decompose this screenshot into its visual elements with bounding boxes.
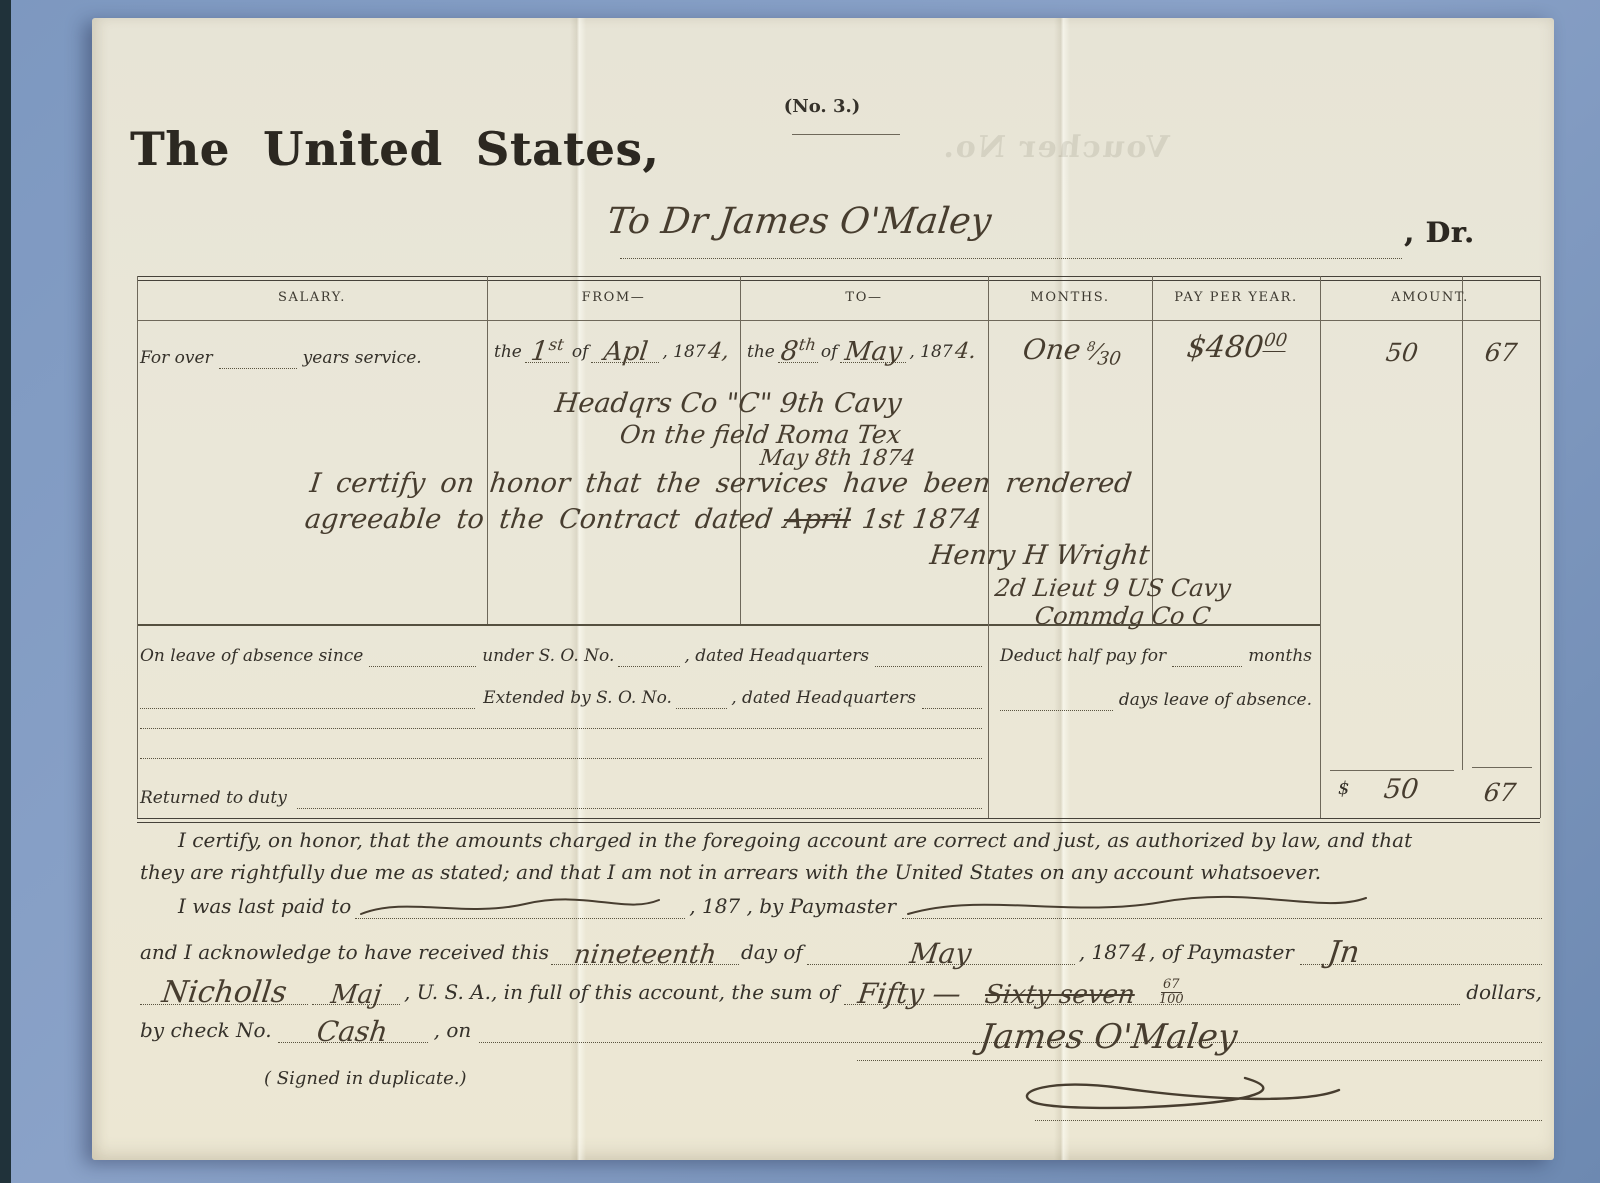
leave-line1-label3: , dated Headquarters xyxy=(684,646,869,667)
officer-rank: 2d Lieut 9 US Cavy xyxy=(994,576,1233,600)
leave-line1-label2: under S. O. No. xyxy=(482,646,614,667)
from-of: of xyxy=(572,342,589,363)
received-month-blank: May xyxy=(807,936,1075,965)
amount-cents-cell: 67 xyxy=(1470,340,1531,365)
leave-line1-blank3 xyxy=(875,666,982,667)
page-title: The United States, xyxy=(130,122,659,176)
dollars-label: dollars, xyxy=(1466,980,1542,1005)
col-header-salary: SALARY. xyxy=(137,290,487,305)
officer-command: Commdg Co C xyxy=(1034,604,1212,628)
squiggle-mark-icon xyxy=(902,888,1372,922)
received-paymaster-blank: Jn xyxy=(1300,934,1542,965)
divider-amount-cents xyxy=(1462,276,1463,770)
total-dollars: 50 xyxy=(1382,776,1420,803)
dr-label: , Dr. xyxy=(1404,216,1475,249)
form-number-rule xyxy=(792,134,900,135)
total-dollar-sign: $ xyxy=(1338,778,1349,799)
photo-of-document: { "colors": { "bg-blue": "#7d98c0", "bg-… xyxy=(0,0,1600,1183)
to-day-hw: 8 xyxy=(779,336,800,367)
received-dayof-label: day of xyxy=(741,940,803,965)
deduct-label1: Deduct half pay for xyxy=(1000,646,1166,667)
deduct-label2: months xyxy=(1248,646,1312,667)
divider-salary-from xyxy=(487,276,488,624)
sum-word-hw: Fifty — xyxy=(843,980,963,1008)
leave-fill-line1 xyxy=(140,728,982,729)
received-line: and I acknowledge to have received this … xyxy=(140,934,1542,965)
deduct-blank2 xyxy=(1000,710,1113,711)
salary-prefix: For over xyxy=(140,348,213,369)
returned-blank xyxy=(297,808,982,809)
last-paid-label: I was last paid to xyxy=(178,894,351,919)
months-frac-den: 30 xyxy=(1096,348,1122,369)
to-day-blank: 8th xyxy=(778,334,818,363)
check-label: by check No. xyxy=(140,1018,272,1043)
hw-note-field: On the field Roma Tex xyxy=(618,422,902,447)
from-day-hw: 1 xyxy=(529,336,550,367)
from-month-hw: Apl xyxy=(602,339,649,365)
table-header-rule xyxy=(137,320,1540,321)
returned-label: Returned to duty xyxy=(140,788,287,809)
signed-duplicate-note: ( Signed in duplicate.) xyxy=(264,1068,467,1089)
amount-dollars-cell: 50 xyxy=(1360,340,1443,365)
document-paper: Voucher No. (No. 3.) The United States, … xyxy=(92,18,1554,1160)
photo-edge-dark-strip xyxy=(0,0,11,1183)
months-frac-num: 8 xyxy=(1086,340,1096,355)
table-top-rule xyxy=(137,276,1540,281)
payee-line xyxy=(620,222,1402,259)
last-paid-mid-label: , 187 , by Paymaster xyxy=(689,894,896,919)
to-month-blank: May xyxy=(840,336,906,363)
received-label: and I acknowledge to have received this xyxy=(140,940,549,965)
paymaster-name-hw: Nicholls xyxy=(160,978,288,1008)
hw-note-date: May 8th 1874 xyxy=(759,448,917,470)
to-year-printed: , 187 xyxy=(909,342,952,363)
to-cell: the 8th of May , 187 4. xyxy=(747,334,985,363)
from-the: the xyxy=(494,342,522,363)
leave-line1-label1: On leave of absence since xyxy=(140,646,363,667)
paymaster-blank xyxy=(902,918,1542,919)
received-day-blank: nineteenth xyxy=(551,938,739,965)
check-on-label: , on xyxy=(434,1018,472,1043)
received-year-label: , 187 xyxy=(1079,940,1130,965)
col-header-to: TO— xyxy=(740,290,988,305)
certify-paragraph-line1: I certify, on honor, that the amounts ch… xyxy=(140,828,1542,852)
hw-certify-line2: agreeable to the Contract dated April 1s… xyxy=(305,506,981,533)
to-year-hw: 4. xyxy=(953,341,977,363)
table-bottom-rule xyxy=(137,818,1540,823)
deduct-line2: days leave of absence. xyxy=(1000,690,1312,711)
from-month-blank: Apl xyxy=(591,336,659,363)
check-number-blank: Cash xyxy=(278,1014,428,1043)
signature-line2 xyxy=(1035,1102,1542,1121)
divider-months-pay xyxy=(1152,276,1153,624)
table-border-right xyxy=(1540,276,1541,818)
months-word-hw: One xyxy=(1021,336,1082,364)
months-cell: One 8⁄30 xyxy=(994,336,1150,369)
deduct-line1: Deduct half pay for months xyxy=(1000,646,1312,667)
to-month-hw: May xyxy=(843,339,903,365)
paymaster-rank-blank: Maj xyxy=(312,978,400,1005)
hw-certify-line2-pre: agreeable to the Contract dated xyxy=(303,506,774,533)
pay-cents-hw: 00 xyxy=(1263,330,1289,352)
sum-fraction-den: 100 xyxy=(1159,993,1184,1006)
squiggle-mark-icon xyxy=(355,892,665,922)
pay-per-year-cell: $48000 xyxy=(1158,332,1316,363)
hw-certify-line1: I certify on honor that the services hav… xyxy=(308,470,1133,497)
total-line-cents xyxy=(1472,767,1532,768)
received-month-hw: May xyxy=(908,940,973,968)
total-line-dollars xyxy=(1330,770,1454,771)
returned-line: Returned to duty xyxy=(140,788,982,809)
signature-line xyxy=(857,1032,1542,1061)
deduct-label3: days leave of absence. xyxy=(1119,690,1312,711)
table-border-left xyxy=(137,276,138,818)
hw-certify-struck-word: April xyxy=(782,506,852,533)
received-year-hw: 4 xyxy=(1130,941,1148,965)
leave-line2-blank3 xyxy=(922,708,982,709)
received-day-hw: nineteenth xyxy=(572,942,718,968)
leave-line1-blank1 xyxy=(369,666,476,667)
to-day-suffix: th xyxy=(798,335,817,354)
col-header-from: FROM— xyxy=(487,290,740,305)
leave-line2-blank2 xyxy=(676,708,727,709)
usa-label: , U. S. A., in full of this account, the… xyxy=(404,980,838,1005)
total-cents: 67 xyxy=(1482,780,1517,805)
form-number: (No. 3.) xyxy=(747,96,897,117)
salary-suffix: years service. xyxy=(303,348,422,369)
col-header-months: MONTHS. xyxy=(988,290,1152,305)
from-cell: the 1st of Apl , 187 4, xyxy=(494,334,736,363)
received-paymaster-label: , of Paymaster xyxy=(1149,940,1294,965)
leave-line2: Extended by S. O. No. , dated Headquarte… xyxy=(140,688,982,709)
col-header-amount: AMOUNT. xyxy=(1320,290,1540,305)
sum-fraction-num: 67 xyxy=(1161,978,1182,993)
salary-blank xyxy=(219,354,297,369)
pay-amount-hw: 480 xyxy=(1204,330,1266,365)
leave-line2-label1: Extended by S. O. No. xyxy=(483,688,672,709)
from-year-printed: , 187 xyxy=(662,342,705,363)
last-paid-line: I was last paid to , 187 , by Paymaster xyxy=(140,894,1542,919)
sum-struck-hw: Sixty seven xyxy=(983,982,1136,1008)
to-the: the xyxy=(747,342,775,363)
bleedthrough-voucher-text: Voucher No. xyxy=(940,130,1170,165)
col-header-pay-per-year: PAY PER YEAR. xyxy=(1152,290,1320,305)
to-of: of xyxy=(821,342,838,363)
leave-line1-blank2 xyxy=(618,666,680,667)
certify-paragraph-line2: they are rightfully due me as stated; an… xyxy=(140,860,1542,884)
from-day-suffix: st xyxy=(548,335,565,354)
salary-cell: For over years service. xyxy=(140,348,470,369)
sum-blank: Fifty — Sixty seven 67100 xyxy=(844,976,1460,1005)
received-paymaster-hw: Jn xyxy=(1298,938,1361,968)
from-year-hw: 4, xyxy=(706,341,730,363)
officer-signature: Henry H Wright xyxy=(928,542,1151,569)
hw-note-headquarters: Headqrs Co "C" 9th Cavy xyxy=(553,390,903,417)
paymaster-name-blank: Nicholls xyxy=(140,974,308,1005)
sum-fraction: 67100 xyxy=(1159,978,1184,1006)
last-paid-blank xyxy=(355,918,685,919)
from-day-blank: 1st xyxy=(525,334,569,363)
divider-from-to xyxy=(740,276,741,624)
divider-pay-amount xyxy=(1320,276,1321,818)
check-number-hw: Cash xyxy=(316,1018,390,1046)
leave-line2-label2: , dated Headquarters xyxy=(731,688,916,709)
sum-line: Nicholls Maj , U. S. A., in full of this… xyxy=(140,974,1542,1005)
leave-fill-line2 xyxy=(140,758,982,759)
paymaster-rank-hw: Maj xyxy=(329,982,382,1008)
leave-line1: On leave of absence since under S. O. No… xyxy=(140,646,982,667)
leave-line2-blank1 xyxy=(140,708,475,709)
hw-certify-line2-post: 1st 1874 xyxy=(860,506,983,533)
deduct-blank1 xyxy=(1172,666,1242,667)
